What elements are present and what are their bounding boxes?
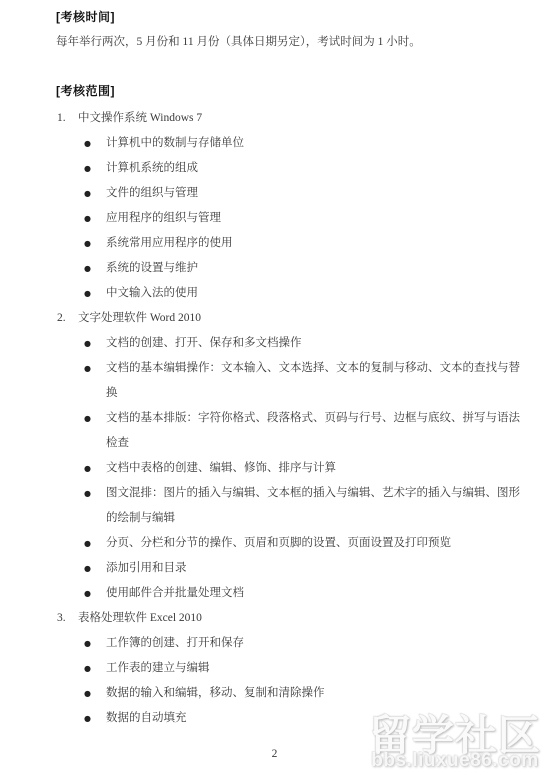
page-number: 2 <box>0 748 549 760</box>
bullet-item-text: 应用程序的组织与管理 <box>106 206 524 231</box>
bullet-icon: ● <box>84 256 106 281</box>
document-page: [考核时间] 每年举行两次，5 月份和 11 月份（具体日期另定），考试时间为 … <box>0 0 549 779</box>
bullet-item: ●文档的创建、打开、保存和多文档操作 <box>0 331 549 356</box>
bullet-item: ●中文输入法的使用 <box>0 281 549 306</box>
bullet-item: ●计算机系统的组成 <box>0 156 549 181</box>
bullet-item: ●添加引用和目录 <box>0 556 549 581</box>
bullet-icon: ● <box>84 281 106 306</box>
bullet-icon: ● <box>84 581 106 606</box>
bullet-icon: ● <box>84 456 106 481</box>
bullet-icon: ● <box>84 681 106 706</box>
outline-item-title: 表格处理软件 Excel 2010 <box>78 612 202 624</box>
bullet-item: ●图文混排：图片的插入与编辑、文本框的插入与编辑、艺术字的插入与编辑、图形的绘制… <box>0 481 549 531</box>
bullet-item: ●工作表的建立与编辑 <box>0 656 549 681</box>
bullet-item-text: 系统常用应用程序的使用 <box>106 231 524 256</box>
bullet-item-text: 系统的设置与维护 <box>106 256 524 281</box>
bullet-item-text: 文档的创建、打开、保存和多文档操作 <box>106 331 524 356</box>
bullet-item: ●使用邮件合并批量处理文档 <box>0 581 549 606</box>
bullet-item-text: 计算机系统的组成 <box>106 156 524 181</box>
bullet-icon: ● <box>84 631 106 656</box>
bullet-item: ●文档的基本排版：字符你格式、段落格式、页码与行号、边框与底纹、拼写与语法检查 <box>0 406 549 456</box>
bullet-icon: ● <box>84 156 106 181</box>
bullet-item: ●系统常用应用程序的使用 <box>0 231 549 256</box>
bullet-item-text: 文件的组织与管理 <box>106 181 524 206</box>
bullet-item-text: 文档中表格的创建、编辑、修饰、排序与计算 <box>106 456 524 481</box>
bullet-item: ●文档中表格的创建、编辑、修饰、排序与计算 <box>0 456 549 481</box>
bullet-icon: ● <box>84 231 106 256</box>
bullet-item: ●分页、分栏和分节的操作、页眉和页脚的设置、页面设置及打印预览 <box>0 531 549 556</box>
bullet-icon: ● <box>84 656 106 681</box>
bullet-item-text: 分页、分栏和分节的操作、页眉和页脚的设置、页面设置及打印预览 <box>106 531 524 556</box>
bullet-item-text: 工作表的建立与编辑 <box>106 656 524 681</box>
bullet-item: ●应用程序的组织与管理 <box>0 206 549 231</box>
section-heading-exam-scope: [考核范围] <box>56 84 115 98</box>
bullet-icon: ● <box>84 531 106 556</box>
outline-item-number: 3. <box>57 606 78 631</box>
bullet-item-text: 添加引用和目录 <box>106 556 524 581</box>
bullet-icon: ● <box>84 706 106 731</box>
bullet-item-text: 数据的自动填充 <box>106 706 524 731</box>
outline-item-title: 中文操作系统 Windows 7 <box>78 112 202 124</box>
bullet-item-text: 使用邮件合并批量处理文档 <box>106 581 524 606</box>
bullet-icon: ● <box>84 206 106 231</box>
bullet-icon: ● <box>84 356 106 406</box>
outline-item-number: 2. <box>57 306 78 331</box>
bullet-icon: ● <box>84 481 106 531</box>
bullet-item: ●工作簿的创建、打开和保存 <box>0 631 549 656</box>
bullet-icon: ● <box>84 331 106 356</box>
bullet-icon: ● <box>84 131 106 156</box>
bullet-icon: ● <box>84 556 106 581</box>
section-heading-exam-time: [考核时间] <box>56 10 115 24</box>
bullet-item-text: 文档的基本编辑操作：文本输入、文本选择、文本的复制与移动、文本的查找与替换 <box>106 356 524 406</box>
bullet-item: ●数据的输入和编辑，移动、复制和清除操作 <box>0 681 549 706</box>
outline-item-3: 3.表格处理软件 Excel 2010 <box>0 606 549 631</box>
outline-item-2: 2.文字处理软件 Word 2010 <box>0 306 549 331</box>
bullet-item: ●计算机中的数制与存储单位 <box>0 131 549 156</box>
outline-item-1: 1.中文操作系统 Windows 7 <box>0 106 549 131</box>
outline-item-title: 文字处理软件 Word 2010 <box>78 312 201 324</box>
exam-time-paragraph: 每年举行两次，5 月份和 11 月份（具体日期另定），考试时间为 1 小时。 <box>56 34 421 50</box>
bullet-item-text: 计算机中的数制与存储单位 <box>106 131 524 156</box>
bullet-icon: ● <box>84 406 106 456</box>
bullet-item-text: 文档的基本排版：字符你格式、段落格式、页码与行号、边框与底纹、拼写与语法检查 <box>106 406 524 456</box>
bullet-item: ●文档的基本编辑操作：文本输入、文本选择、文本的复制与移动、文本的查找与替换 <box>0 356 549 406</box>
bullet-item-text: 中文输入法的使用 <box>106 281 524 306</box>
exam-scope-outline: 1.中文操作系统 Windows 7●计算机中的数制与存储单位●计算机系统的组成… <box>0 106 549 731</box>
bullet-item: ●数据的自动填充 <box>0 706 549 731</box>
bullet-item-text: 图文混排：图片的插入与编辑、文本框的插入与编辑、艺术字的插入与编辑、图形的绘制与… <box>106 481 524 531</box>
bullet-icon: ● <box>84 181 106 206</box>
outline-item-number: 1. <box>57 106 78 131</box>
bullet-item-text: 数据的输入和编辑，移动、复制和清除操作 <box>106 681 524 706</box>
bullet-item-text: 工作簿的创建、打开和保存 <box>106 631 524 656</box>
bullet-item: ●系统的设置与维护 <box>0 256 549 281</box>
bullet-item: ●文件的组织与管理 <box>0 181 549 206</box>
